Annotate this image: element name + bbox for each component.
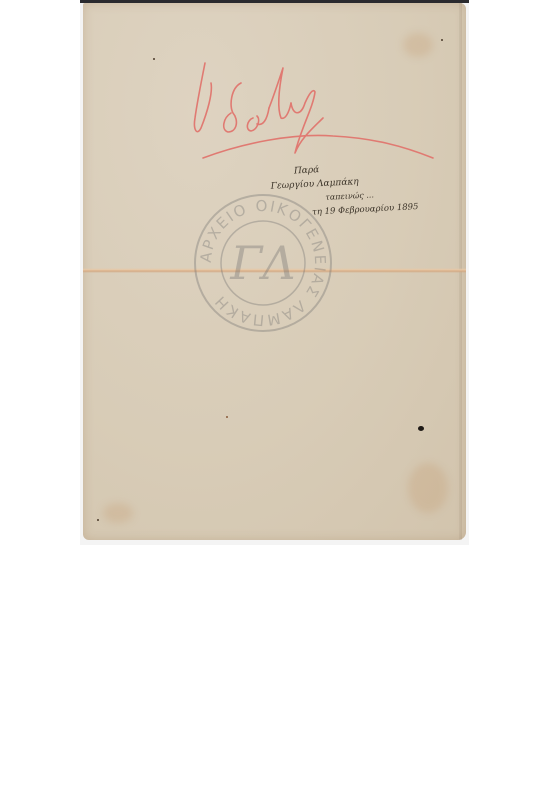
speck bbox=[97, 519, 99, 521]
scanned-document: Παρά Γεωργίου Λαμπάκη ταπεινώς ... τη 19… bbox=[80, 0, 469, 545]
stamp-monogram: ΓΛ bbox=[229, 236, 295, 290]
paper-sheet: Παρά Γεωργίου Λαμπάκη ταπεινώς ... τη 19… bbox=[83, 3, 466, 540]
stain bbox=[408, 463, 448, 513]
archive-stamp: ΑΡΧΕΙΟ ΟΙΚΟΓΕΝΕΙΑΣ ΛΑΜΠΑΚΗ ΓΛ bbox=[193, 193, 333, 333]
ink-blot bbox=[418, 426, 424, 431]
speck bbox=[226, 416, 228, 418]
stain bbox=[403, 33, 433, 57]
stain bbox=[103, 503, 133, 523]
speck bbox=[441, 39, 443, 41]
speck bbox=[153, 58, 155, 60]
